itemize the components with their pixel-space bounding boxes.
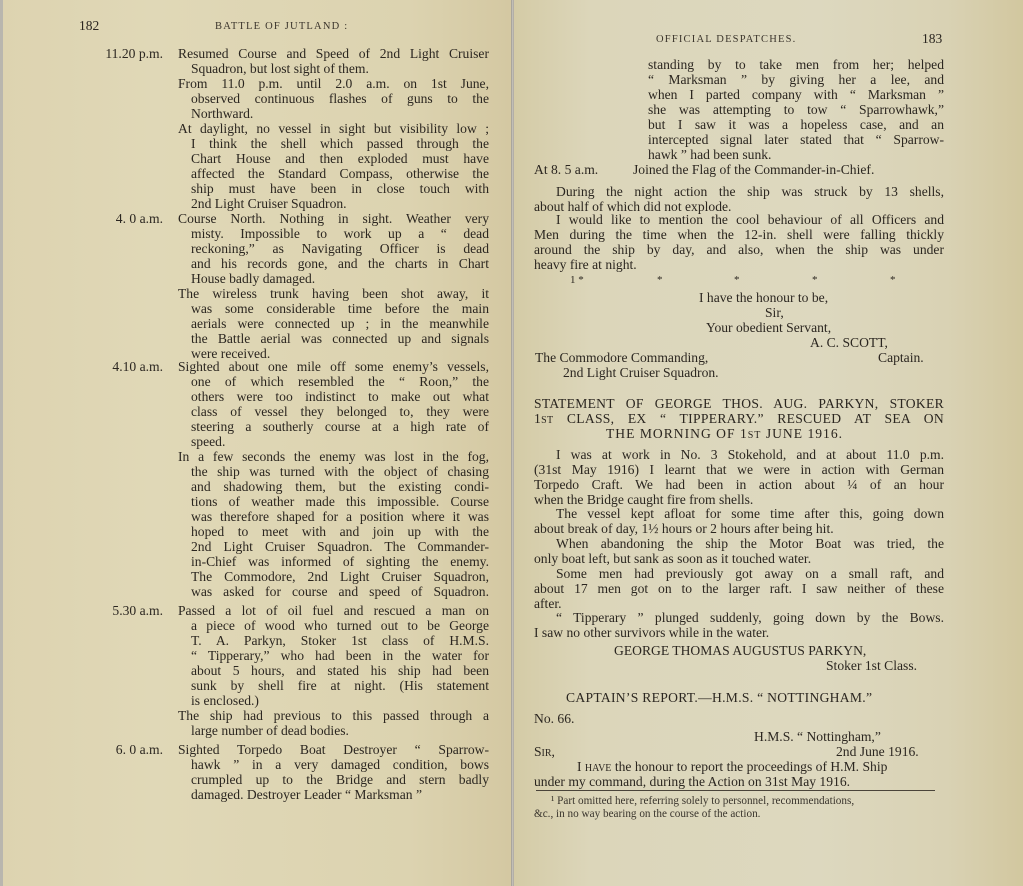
paragraph-line: after. <box>534 596 562 611</box>
entry-time: 4.10 a.m. <box>60 359 163 375</box>
addressee: 2nd Light Cruiser Squadron. <box>563 365 719 380</box>
closing-line: Your obedient Servant, <box>706 320 831 335</box>
entry-line: Squadron, but lost sight of them. <box>191 61 369 76</box>
entry-line: damaged. Destroyer Leader “ Marksman ” <box>191 787 422 802</box>
entry-line: hoped to meet with and join up with the <box>191 524 489 539</box>
entry-line: one of which resembled the “ Roon,” the <box>191 374 489 389</box>
entry-line: was some considerable time before the ma… <box>191 301 489 316</box>
entry-line: The wireless trunk having been shot away… <box>178 286 489 301</box>
entry-line: was asked for course and speed of Squadr… <box>191 584 489 599</box>
paragraph-line: I saw no other survivors while in the wa… <box>534 625 769 640</box>
entry-line: Sighted about one mile off some enemy’s … <box>178 359 489 374</box>
running-head: OFFICIAL DESPATCHES. <box>656 34 797 45</box>
opening-lead: I have <box>577 759 611 774</box>
paragraph-line: about 17 men got on to the larger raft. … <box>534 581 944 596</box>
statement-rank: Stoker 1st Class. <box>826 658 917 673</box>
footnote-line: &c., in no way bearing on the course of … <box>534 808 760 820</box>
signature: A. C. SCOTT, <box>810 335 888 350</box>
paragraph-line: During the night action the ship was str… <box>556 184 944 199</box>
entry-line: The Commodore, 2nd Light Cruiser Squadro… <box>191 569 489 584</box>
paragraph-line: about break of day, 1½ hours or 2 hours … <box>534 521 834 536</box>
entry-line: reckoning,” as Navigating Officer is dea… <box>191 241 489 256</box>
entry-line: Passed a lot of oil fuel and rescued a m… <box>178 603 489 618</box>
entry-line: hawk ” in a very damaged condition, bows <box>191 757 489 772</box>
entry-line: a piece of wood who turned out to be Geo… <box>191 618 489 633</box>
footnote-rule <box>536 790 935 791</box>
paragraph-line: (31st May 1916) I learnt that we were in… <box>534 462 944 477</box>
entry-line: Northward. <box>191 106 253 121</box>
entry-time: 4. 0 a.m. <box>60 211 163 227</box>
paragraph-line: around the ship by day, and also, when t… <box>534 242 944 257</box>
closing-line: Sir, <box>765 305 784 320</box>
entry-time: 6. 0 a.m. <box>60 742 163 758</box>
entry-line: Chart House and then exploded must have <box>191 151 489 166</box>
omission-mark: * <box>812 273 818 288</box>
entry-line: crumpled up to the Bridge and stern badl… <box>191 772 489 787</box>
entry-line: The ship had previous to this passed thr… <box>178 708 489 723</box>
omission-mark: 1 * <box>570 273 584 288</box>
paragraph-line: Men during the time when the 12-in. shel… <box>534 227 944 242</box>
omission-mark: * <box>657 273 663 288</box>
continuation-line: hawk ” had been sunk. <box>648 147 771 162</box>
entry-line: Sighted Torpedo Boat Destroyer “ Sparrow… <box>178 742 489 757</box>
paragraph-line: I was at work in No. 3 Stokehold, and at… <box>556 447 944 462</box>
left-page: 182 BATTLE OF JUTLAND : 11.20 p.m.Resume… <box>0 0 511 886</box>
paragraph-line: Torpedo Craft. We had been in action abo… <box>534 477 944 492</box>
paragraph-line: only boat left, but sank as soon as it t… <box>534 551 811 566</box>
entry-line: others were too indistinct to make out w… <box>191 389 489 404</box>
continuation-line: standing by to take men from her; helped <box>648 57 944 72</box>
continuation-line: she was attempting to tow “ Sparrowhawk,… <box>648 102 944 117</box>
entry-line: was therefore shaped for a position wher… <box>191 509 489 524</box>
entry-line: speed. <box>191 434 225 449</box>
entry-time: 5.30 a.m. <box>60 603 163 619</box>
entry-line: House badly damaged. <box>191 271 315 286</box>
entry-line: aerials were connected up ; in the meanw… <box>191 316 489 331</box>
footnote-line: ¹ Part omitted here, referring solely to… <box>551 795 854 807</box>
entry-line: T. A. Parkyn, Stoker 1st class of H.M.S. <box>191 633 489 648</box>
entry-line: affected the Standard Compass, otherwise… <box>191 166 489 181</box>
paragraph-line: when the Bridge caught fire from shells. <box>534 492 753 507</box>
statement-heading: STATEMENT OF GEORGE THOS. AUG. PARKYN, S… <box>534 396 944 411</box>
entry-line: class of vessel they belonged to, they w… <box>191 404 489 419</box>
entry-line: the ship was turned with the object of c… <box>191 464 489 479</box>
report-number: No. 66. <box>534 711 574 726</box>
statement-signature: GEORGE THOMAS AUGUSTUS PARKYN, <box>614 643 866 658</box>
report-opening-line2: under my command, during the Action on 3… <box>534 774 850 789</box>
entry-line: “ Tipperary,” who had been in the water … <box>191 648 489 663</box>
entry-line: At daylight, no vessel in sight but visi… <box>178 121 489 136</box>
paragraph-line: The vessel kept afloat for some time aft… <box>556 506 944 521</box>
rank: Captain. <box>878 350 924 365</box>
entry-line: in-Chief was informed of sighting the en… <box>191 554 489 569</box>
paragraph-line: I would like to mention the cool behavio… <box>556 212 944 227</box>
report-opening: I have the honour to report the proceedi… <box>577 759 887 774</box>
entry-line: misty. Impossible to work up a “ dead <box>191 226 489 241</box>
omission-mark: * <box>890 273 896 288</box>
addressee: The Commodore Commanding, <box>535 350 708 365</box>
report-date: 2nd June 1916. <box>836 744 919 759</box>
entry-line: tions of weather made this impossible. C… <box>191 494 489 509</box>
statement-heading: 1st CLASS, EX “ TIPPERARY.” RESCUED AT S… <box>534 411 944 426</box>
entry-line: ship must have been in close touch with <box>191 181 489 196</box>
entry-line: From 11.0 p.m. until 2.0 a.m. on 1st Jun… <box>178 76 489 91</box>
entry-line: Resumed Course and Speed of 2nd Light Cr… <box>178 46 489 61</box>
statement-heading: THE MORNING OF 1st JUNE 1916. <box>606 426 843 441</box>
omission-mark: * <box>734 273 740 288</box>
entry-line: Course North. Nothing in sight. Weather … <box>178 211 489 226</box>
opening-rest: the honour to report the proceedings of … <box>611 759 887 774</box>
paragraph-line: “ Tipperary ” plunged suddenly, going do… <box>556 610 944 625</box>
page-number: 183 <box>922 31 942 47</box>
entry-line: the Battle aerial was connected up and s… <box>191 331 489 346</box>
entry-line: Joined the Flag of the Commander-in-Chie… <box>633 162 874 177</box>
entry-line: 2nd Light Cruiser Squadron. <box>191 196 347 211</box>
salutation: Sir, <box>534 744 555 759</box>
entry-time: At 8. 5 a.m. <box>534 162 598 177</box>
report-heading: CAPTAIN’S REPORT.—H.M.S. “ NOTTINGHAM.” <box>566 690 872 705</box>
paragraph-line: When abandoning the ship the Motor Boat … <box>556 536 944 551</box>
running-head: BATTLE OF JUTLAND : <box>215 21 348 32</box>
entry-line: steering a southerly course at a high ra… <box>191 419 489 434</box>
continuation-line: but I saw it was a hopeless case, and an <box>648 117 944 132</box>
report-ship: H.M.S. “ Nottingham,” <box>754 729 881 744</box>
continuation-line: when I parted company with “ Marksman ” <box>648 87 944 102</box>
entry-line: and his records gone, and the charts in … <box>191 256 489 271</box>
entry-line: observed continuous flashes of guns to t… <box>191 91 489 106</box>
entry-line: and shadowing them, but the existing con… <box>191 479 489 494</box>
entry-time: 11.20 p.m. <box>60 46 163 62</box>
entry-line: sunk by shell fire at night. (His statem… <box>191 678 489 693</box>
entry-line: 2nd Light Cruiser Squadron. The Commande… <box>191 539 489 554</box>
entry-line: In a few seconds the enemy was lost in t… <box>178 449 489 464</box>
entry-line: large number of dead bodies. <box>191 723 349 738</box>
closing-line: I have the honour to be, <box>699 290 828 305</box>
paragraph-line: Some men had previously got away on a sm… <box>556 566 944 581</box>
page-number: 182 <box>79 18 99 34</box>
continuation-line: “ Marksman ” by giving her a lee, and <box>648 72 944 87</box>
entry-line: I think the shell which passed through t… <box>191 136 489 151</box>
continuation-line: intercepted signal later stated that “ S… <box>648 132 944 147</box>
entry-line: about 5 hours, and stated his ship had b… <box>191 663 489 678</box>
paragraph-line: heavy fire at night. <box>534 257 637 272</box>
right-page: OFFICIAL DESPATCHES. 183 standing by to … <box>514 0 1023 886</box>
entry-line: is enclosed.) <box>191 693 259 708</box>
